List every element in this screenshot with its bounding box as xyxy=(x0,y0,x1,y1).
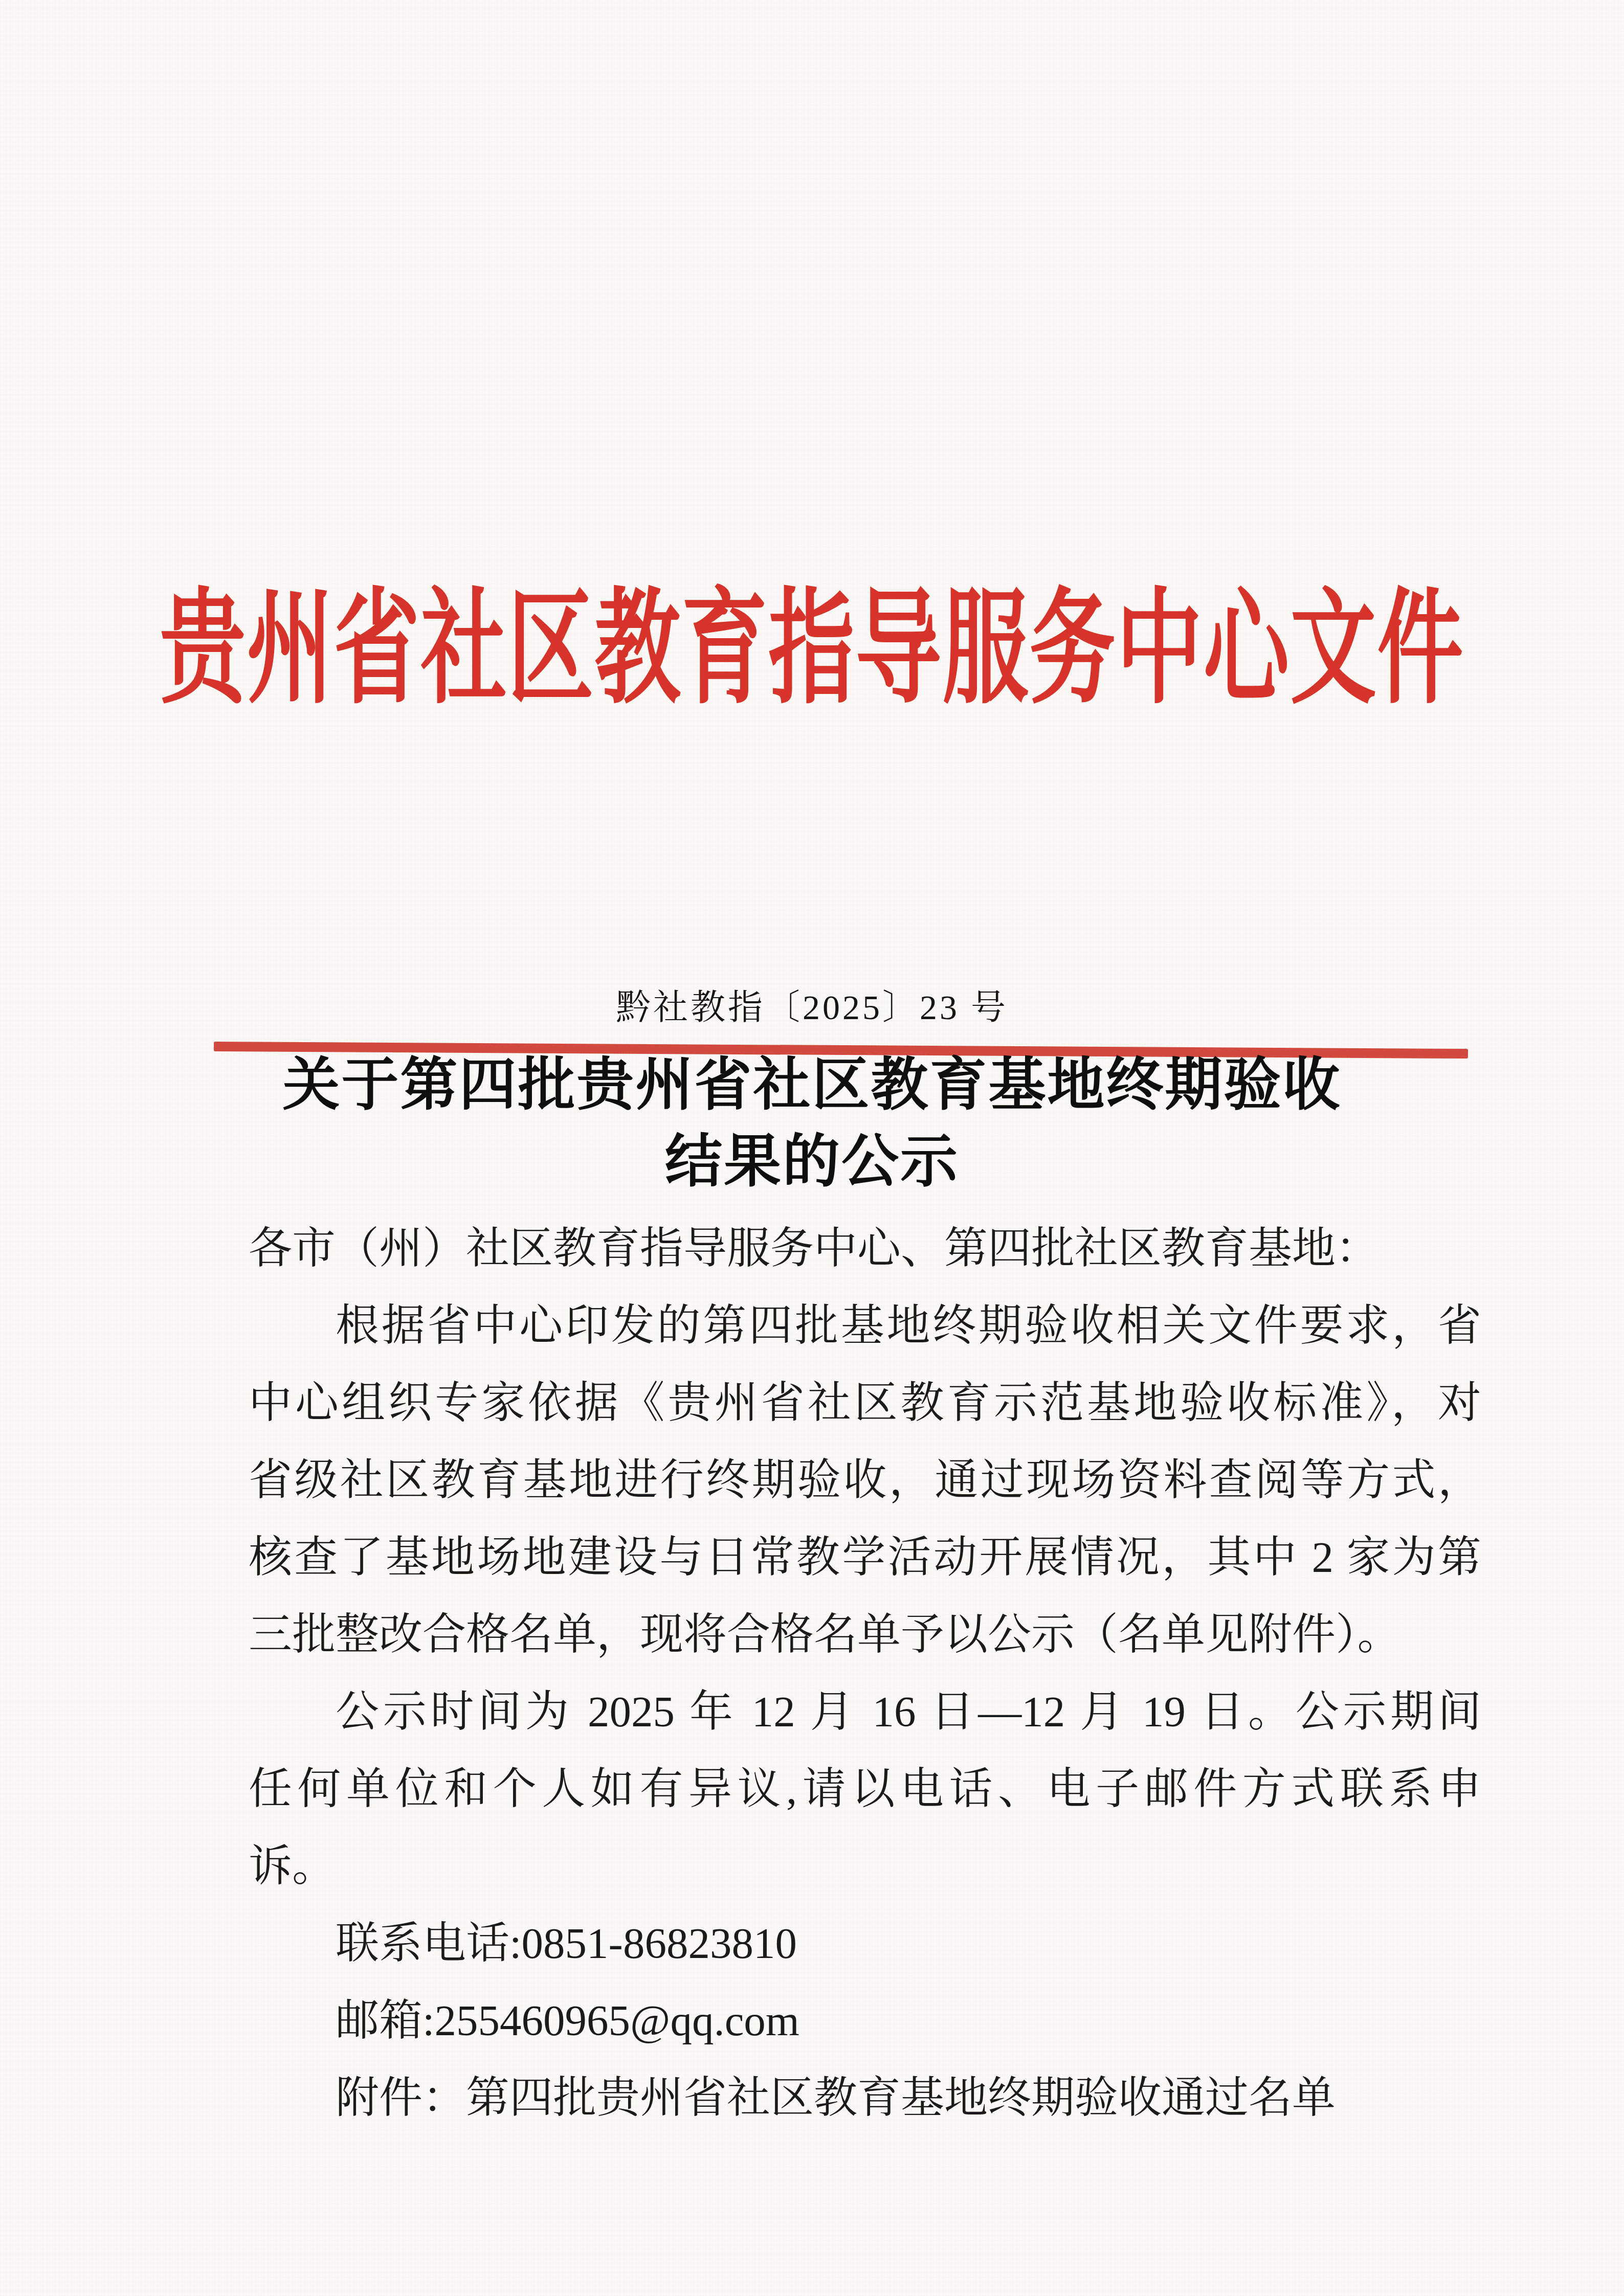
attachment-line: 附件：第四批贵州省社区教育基地终期验收通过名单 xyxy=(249,2060,1481,2137)
body-line: 诉。 xyxy=(249,1828,1481,1905)
email-line: 邮箱:255460965@qq.com xyxy=(249,1983,1481,2060)
body-line: 任何单位和个人如有异议,请以电话、电子邮件方式联系申 xyxy=(249,1751,1481,1828)
document-number: 黔社教指〔2025〕23 号 xyxy=(0,988,1624,1027)
body-line: 根据省中心印发的第四批基地终期验收相关文件要求，省 xyxy=(249,1288,1481,1365)
document-body: 各市（州）社区教育指导服务中心、第四批社区教育基地： 根据省中心印发的第四批基地… xyxy=(249,1210,1481,2137)
document-title-line1: 关于第四批贵州省社区教育基地终期验收 xyxy=(0,1047,1624,1124)
document-title-line2: 结果的公示 xyxy=(0,1124,1624,1201)
body-line: 核查了基地场地建设与日常教学活动开展情况，其中 2 家为第 xyxy=(249,1519,1481,1596)
red-letterhead-title: 贵州省社区教育指导服务中心文件 xyxy=(0,586,1624,713)
body-line: 公示时间为 2025 年 12 月 16 日—12 月 19 日。公示期间 xyxy=(249,1674,1481,1751)
body-line: 三批整改合格名单，现将合格名单予以公示（名单见附件）。 xyxy=(249,1596,1481,1674)
scanned-document-page: 贵州省社区教育指导服务中心文件 黔社教指〔2025〕23 号 关于第四批贵州省社… xyxy=(0,0,1624,2296)
contact-phone-line: 联系电话:0851-86823810 xyxy=(249,1905,1481,1983)
body-line: 省级社区教育基地进行终期验收，通过现场资料查阅等方式， xyxy=(249,1442,1481,1519)
salutation-line: 各市（州）社区教育指导服务中心、第四批社区教育基地： xyxy=(249,1210,1481,1288)
document-title: 关于第四批贵州省社区教育基地终期验收 结果的公示 xyxy=(0,1047,1624,1201)
body-line: 中心组织专家依据《贵州省社区教育示范基地验收标准》，对 xyxy=(249,1365,1481,1442)
